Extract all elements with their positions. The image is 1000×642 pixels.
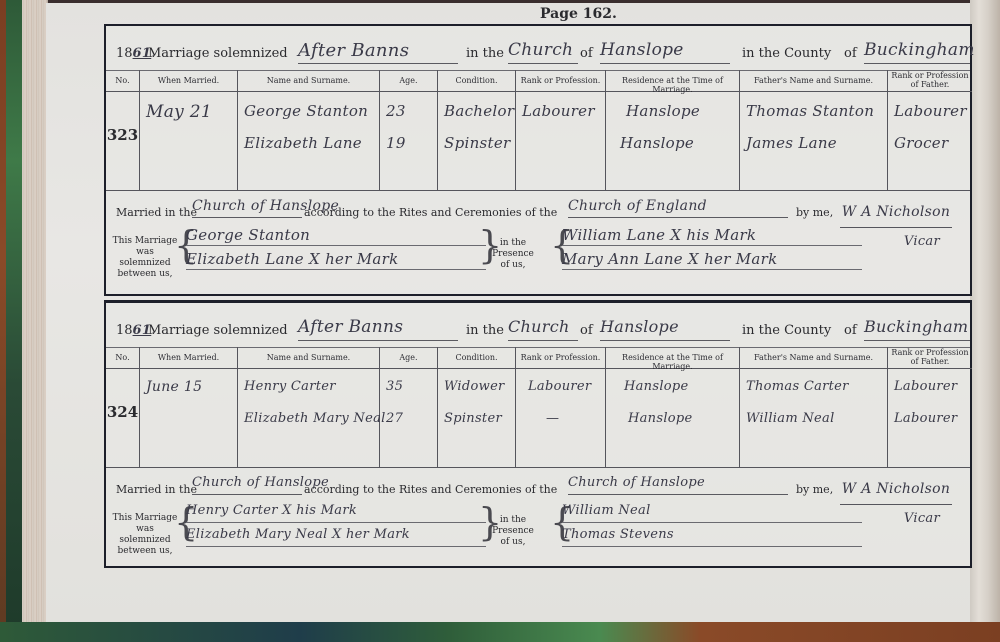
column-header: Rank or Profession of Father.	[888, 347, 972, 369]
entry-header: 1861. Marriage solemnized After Banns in…	[106, 26, 970, 70]
page-edges-right	[970, 0, 1000, 625]
officiant-title: Vicar	[904, 511, 940, 526]
solemnized-label: Marriage solemnized	[148, 323, 288, 338]
signature-witness-2: Mary Ann Lane X her Mark	[562, 250, 862, 270]
married-in-line: Married in the Church of Hanslope accord…	[116, 475, 966, 497]
col-no: No. 323	[106, 70, 140, 190]
col-father-name: Father's Name and Surname. Thomas Carter…	[740, 347, 888, 467]
groom-father: Thomas Stanton	[740, 102, 887, 120]
groom-residence: Hanslope	[606, 379, 739, 394]
presence-label: in the Presence of us,	[488, 515, 538, 548]
col-father-name: Father's Name and Surname. Thomas Stanto…	[740, 70, 888, 190]
column-header: Father's Name and Surname.	[740, 70, 887, 92]
married-in-label: Married in the	[116, 483, 197, 496]
page-number: Page 162.	[540, 6, 617, 22]
groom-age: 23	[380, 102, 437, 120]
entry-header: 1861. Marriage solemnized After Banns in…	[106, 303, 970, 347]
book-cover-bottom	[0, 622, 1000, 642]
married-in-place: Church of Hanslope	[192, 198, 302, 218]
column-header: No.	[106, 347, 139, 369]
divider	[106, 467, 970, 468]
officiant-signature: W A Nicholson	[840, 204, 952, 228]
signature-groom: George Stanton	[186, 226, 486, 246]
col-father-rank: Rank or Profession of Father. Labourer L…	[888, 347, 972, 467]
signature-witness-1: William Neal	[562, 503, 862, 523]
married-in-label: Married in the	[116, 206, 197, 219]
signature-bride: Elizabeth Mary Neal X her Mark	[186, 527, 486, 547]
place-type: Church	[508, 317, 578, 341]
of-label: of	[844, 323, 857, 338]
col-when-married: When Married. May 21	[140, 70, 238, 190]
column-header: Age.	[380, 347, 437, 369]
column-header: Age.	[380, 70, 437, 92]
column-header: Residence at the Time of Marriage.	[606, 70, 739, 92]
bride-residence: Hanslope	[606, 134, 739, 152]
groom-father-rank: Labourer	[888, 102, 972, 120]
rites: Church of Hanslope	[568, 475, 788, 495]
bride-father: James Lane	[740, 134, 887, 152]
married-in-place: Church of Hanslope	[192, 475, 302, 495]
column-header: Rank or Profession.	[516, 70, 605, 92]
bride-father-rank: Grocer	[888, 134, 972, 152]
groom-father: Thomas Carter	[740, 379, 887, 394]
page-edges-left	[22, 0, 48, 625]
solemnized-between-label: This Marriage was solemnized between us,	[112, 513, 178, 557]
bride-name: Elizabeth Lane	[238, 134, 379, 152]
groom-name: George Stanton	[238, 102, 379, 120]
entry-number: 324	[106, 403, 139, 421]
marriage-entry: 1861. Marriage solemnized After Banns in…	[104, 24, 972, 296]
col-residence: Residence at the Time of Marriage. Hansl…	[606, 347, 740, 467]
bride-rank: —	[516, 411, 605, 426]
column-header: Rank or Profession of Father.	[888, 70, 972, 92]
col-rank: Rank or Profession. Labourer —	[516, 347, 606, 467]
groom-residence: Hanslope	[606, 102, 739, 120]
col-age: Age. 23 19	[380, 70, 438, 190]
col-condition: Condition. Bachelor Spinster	[438, 70, 516, 190]
divider	[106, 190, 970, 191]
bride-name: Elizabeth Mary Neal	[238, 411, 379, 426]
county: Buckingham	[864, 40, 970, 64]
entry-table: No. 323 When Married. May 21 Name and Su…	[106, 70, 970, 190]
col-rank: Rank or Profession. Labourer	[516, 70, 606, 190]
date-married: May 21	[140, 102, 237, 122]
bride-condition: Spinster	[438, 411, 515, 426]
date-married: June 15	[140, 379, 237, 395]
column-header: Residence at the Time of Marriage.	[606, 347, 739, 369]
solemnized-by: After Banns	[298, 317, 458, 341]
bride-residence: Hanslope	[606, 411, 739, 426]
column-header: Condition.	[438, 70, 515, 92]
county: Buckingham	[864, 317, 970, 341]
signature-witness-2: Thomas Stevens	[562, 527, 862, 547]
presence-label: in the Presence of us,	[488, 238, 538, 271]
col-age: Age. 35 27	[380, 347, 438, 467]
col-residence: Residence at the Time of Marriage. Hansl…	[606, 70, 740, 190]
in-the-label: in the	[466, 323, 504, 338]
column-header: Condition.	[438, 347, 515, 369]
entry-table: No. 324 When Married. June 15 Name and S…	[106, 347, 970, 467]
column-header: Name and Surname.	[238, 70, 379, 92]
bride-age: 19	[380, 134, 437, 152]
signature-witness-1: William Lane X his Mark	[562, 226, 862, 246]
column-header: No.	[106, 70, 139, 92]
solemnized-label: Marriage solemnized	[148, 46, 288, 61]
column-header: Father's Name and Surname.	[740, 347, 887, 369]
of-label: of	[844, 46, 857, 61]
bride-father-rank: Labourer	[888, 411, 972, 426]
signature-groom: Henry Carter X his Mark	[186, 503, 486, 523]
by-me-label: by me,	[796, 483, 833, 496]
col-name: Name and Surname. Henry Carter Elizabeth…	[238, 347, 380, 467]
county-label: in the County	[742, 46, 831, 61]
by-me-label: by me,	[796, 206, 833, 219]
bride-age: 27	[380, 411, 437, 426]
in-the-label: in the	[466, 46, 504, 61]
officiant-signature: W A Nicholson	[840, 481, 952, 505]
solemnized-by: After Banns	[298, 40, 458, 64]
bride-condition: Spinster	[438, 134, 515, 152]
col-father-rank: Rank or Profession of Father. Labourer G…	[888, 70, 972, 190]
bride-father: William Neal	[740, 411, 887, 426]
col-when-married: When Married. June 15	[140, 347, 238, 467]
officiant-title: Vicar	[904, 234, 940, 249]
groom-age: 35	[380, 379, 437, 394]
col-no: No. 324	[106, 347, 140, 467]
column-header: When Married.	[140, 347, 237, 369]
county-label: in the County	[742, 323, 831, 338]
groom-name: Henry Carter	[238, 379, 379, 394]
parish: Hanslope	[600, 317, 730, 341]
of-label: of	[580, 323, 593, 338]
groom-rank: Labourer	[516, 102, 605, 120]
according-label: according to the Rites and Ceremonies of…	[304, 206, 557, 219]
column-header: When Married.	[140, 70, 237, 92]
column-header: Rank or Profession.	[516, 347, 605, 369]
signature-bride: Elizabeth Lane X her Mark	[186, 250, 486, 270]
column-header: Name and Surname.	[238, 347, 379, 369]
rites: Church of England	[568, 198, 788, 218]
solemnized-between-label: This Marriage was solemnized between us,	[112, 236, 178, 280]
entry-number: 323	[106, 126, 139, 144]
groom-condition: Widower	[438, 379, 515, 394]
groom-rank: Labourer	[516, 379, 605, 394]
groom-condition: Bachelor	[438, 102, 515, 120]
place-type: Church	[508, 40, 578, 64]
married-in-line: Married in the Church of Hanslope accord…	[116, 198, 966, 220]
of-label: of	[580, 46, 593, 61]
col-condition: Condition. Widower Spinster	[438, 347, 516, 467]
parish: Hanslope	[600, 40, 730, 64]
col-name: Name and Surname. George Stanton Elizabe…	[238, 70, 380, 190]
groom-father-rank: Labourer	[888, 379, 972, 394]
according-label: according to the Rites and Ceremonies of…	[304, 483, 557, 496]
marriage-entry: 1861. Marriage solemnized After Banns in…	[104, 300, 972, 568]
